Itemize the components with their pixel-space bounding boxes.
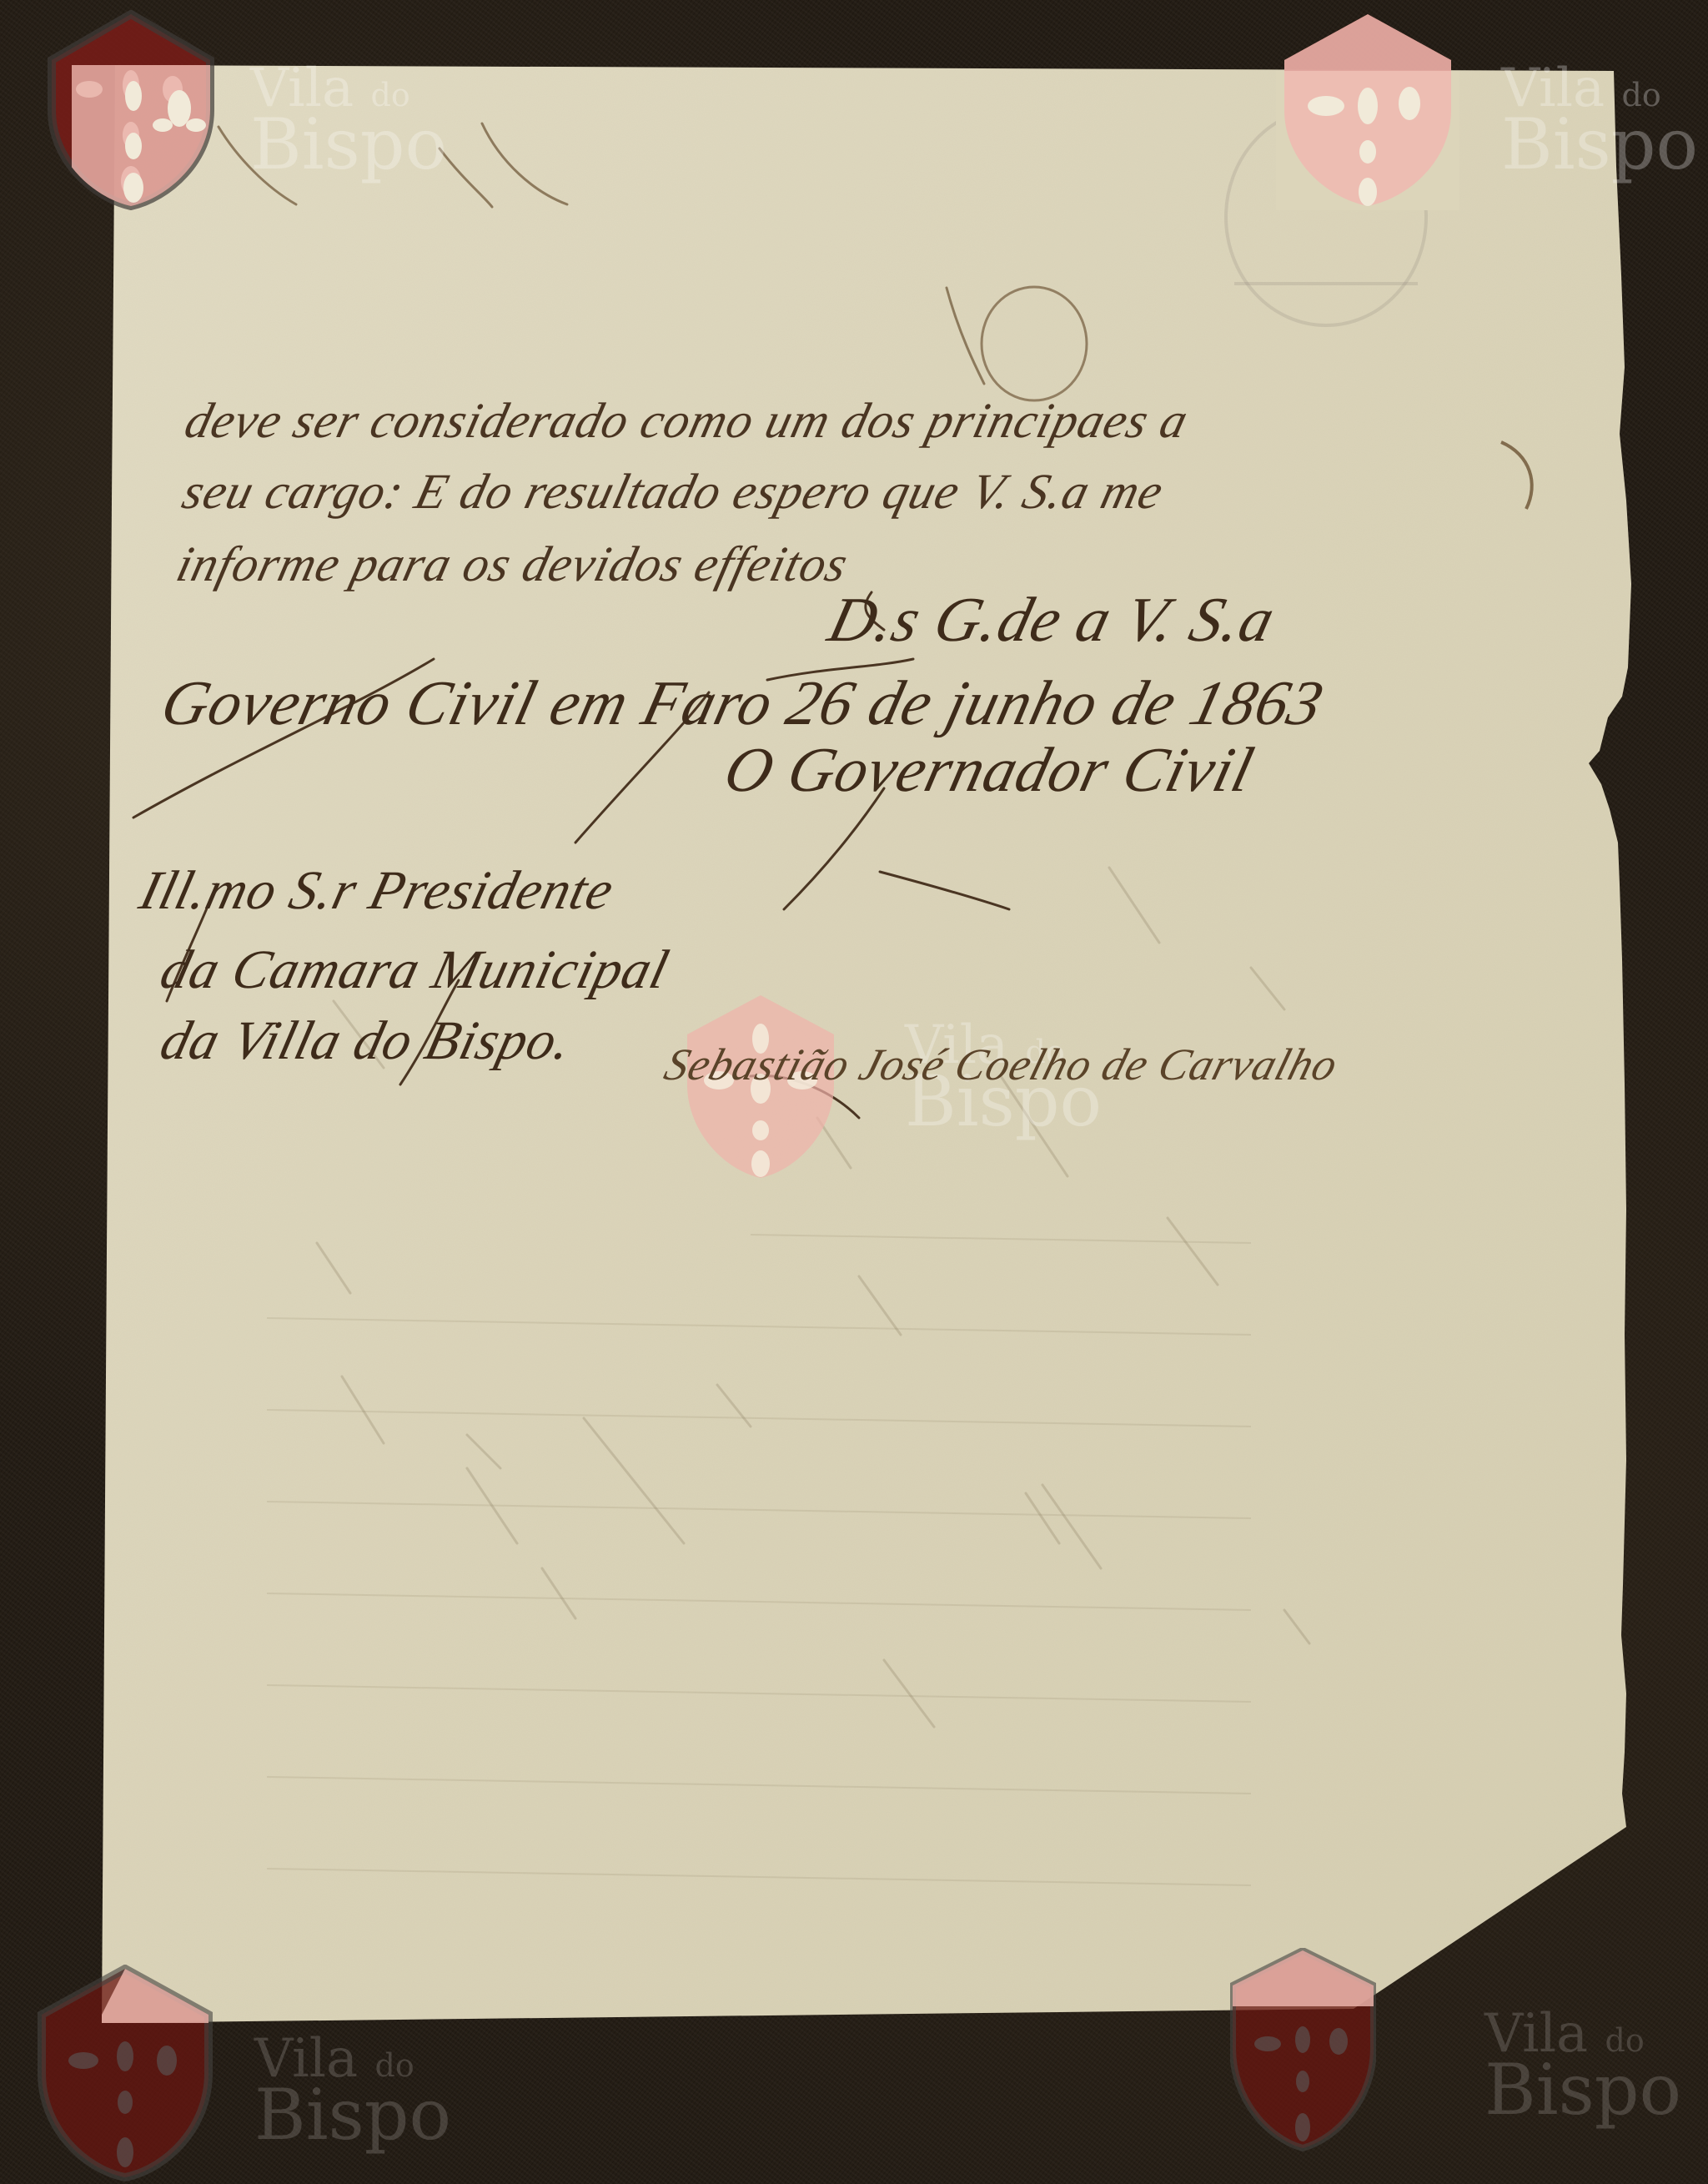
paper-sheet xyxy=(0,0,1708,2184)
closing-formula: D.s G.de a V. S.a xyxy=(821,584,1282,657)
body-line-3: informe para os devidos effeitos xyxy=(171,536,854,593)
signature: Sebastião José Coelho de Carvalho xyxy=(659,1039,1344,1090)
addressee-line-3: da Villa do Bispo. xyxy=(154,1009,579,1073)
place-and-date: Governo Civil em Faro 26 de junho de 186… xyxy=(154,667,1331,740)
document-scan: Vila do Bispo Vila do Bispo Vila do Bisp… xyxy=(0,0,1708,2184)
addressee-line-1: Ill.mo S.r Presidente xyxy=(133,859,620,923)
addressee-line-2: da Camara Municipal xyxy=(154,939,676,1002)
body-line-2: seu cargo: E do resultado espero que V. … xyxy=(177,463,1169,521)
signer-title: O Governador Civil xyxy=(717,734,1261,807)
body-line-1: deve ser considerado como um dos princip… xyxy=(179,392,1194,450)
